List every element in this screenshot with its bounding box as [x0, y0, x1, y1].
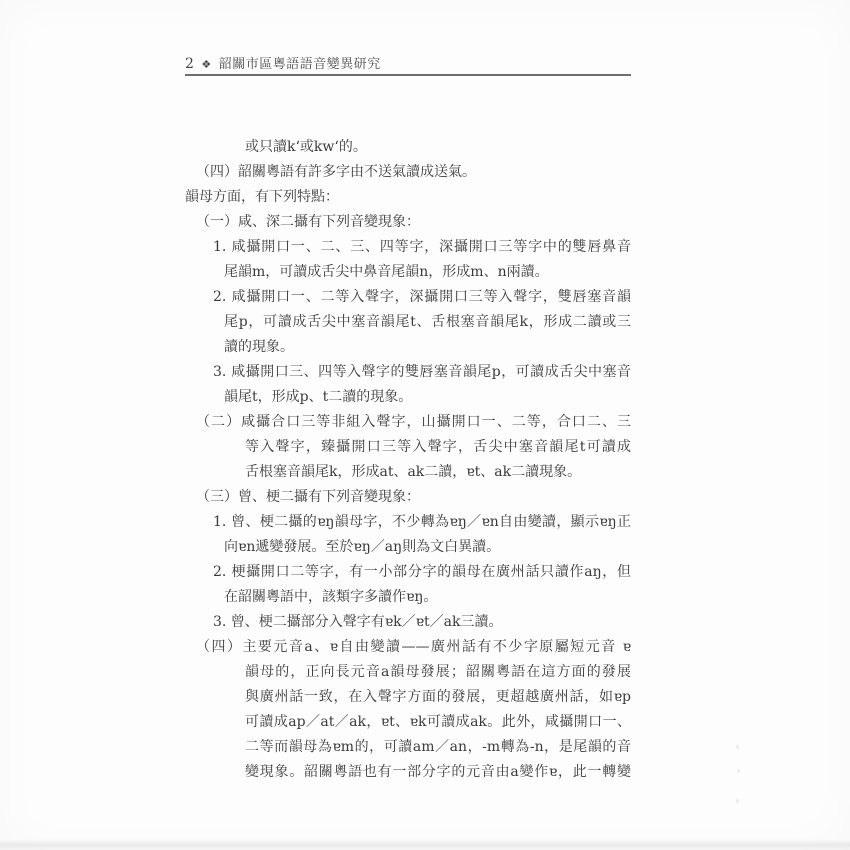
text-line: （四）主要元音a、ɐ自由變讀——廣州話有不少字原屬短元音 ɐ: [196, 635, 631, 660]
text-line: 二等而韻母為ɐm的，可讀am／an，-m轉為-n，是尾韻的音: [245, 735, 631, 760]
scan-speck: [737, 769, 740, 773]
text-line: （一）咸、深二攝有下列音變現象：: [196, 210, 631, 235]
text-line: 變現象。韶關粵語也有一部分字的元音由a變作ɐ，此一轉變: [245, 760, 631, 785]
text-line: （四）韶關粵語有許多字由不送氣讀成送氣。: [196, 160, 631, 185]
text-line: 2. 梗攝開口二等字，有一小部分字的韻母在廣州話只讀作aŋ，但: [213, 560, 631, 585]
text-line: 等入聲字，臻攝開口三等入聲字，舌尖中塞音韻尾t可讀成: [245, 435, 631, 460]
four-diamond-ornament-icon: ❖: [201, 58, 211, 71]
text-line: 韻母的，正向長元音a韻母發展；韶關粵語在這方面的發展: [245, 660, 631, 685]
text-line: 或只讀k‘或kw‘的。: [245, 135, 631, 160]
text-line: 向ɐn遞變發展。至於ɐŋ／aŋ則為文白異讀。: [224, 535, 631, 560]
text-line: 與廣州話一致，在入聲字方面的發展，更超越廣州話，如ɐp: [245, 685, 631, 710]
text-line: 韻母方面，有下列特點：: [185, 185, 631, 210]
text-line: （三）曾、梗二攝有下列音變現象：: [196, 485, 631, 510]
text-line: 1. 曾、梗二攝的ɐŋ韻母字，不少轉為ɐŋ／ɐn自由變讀，顯示ɐŋ正: [213, 510, 631, 535]
text-line: 尾p，可讀成舌尖中塞音韻尾t、舌根塞音韻尾k，形成二讀或三: [224, 310, 631, 335]
text-line: 韻尾t，形成p、t二讀的現象。: [224, 385, 631, 410]
scan-speck: [736, 799, 739, 803]
text-line: 3. 曾、梗二攝部分入聲字有ɐk／ɐt／ak三讀。: [213, 610, 631, 635]
text-line: 3. 咸攝開口三、四等入聲字的雙唇塞音韻尾p，可讀成舌尖中塞音: [213, 360, 631, 385]
text-line: 讀的現象。: [224, 335, 631, 360]
body-text-block: 或只讀k‘或kw‘的。（四）韶關粵語有許多字由不送氣讀成送氣。韻母方面，有下列特…: [185, 135, 631, 785]
text-line: 在韶關粵語中，該類字多讀作ɐŋ。: [224, 585, 631, 610]
text-line: 可讀成ap／at／ak，ɐt、ɐk可讀成ak。此外，咸攝開口一、: [245, 710, 631, 735]
scan-page-bottom-edge: [0, 839, 850, 850]
text-line: 舌根塞音韻尾k，形成at、ak二讀，ɐt、ak二讀現象。: [245, 460, 631, 485]
text-line: 1. 咸攝開口一、二、三、四等字，深攝開口三等字中的雙唇鼻音: [213, 235, 631, 260]
header-rule: [185, 74, 631, 76]
text-line: 尾韻m，可讀成舌尖中鼻音尾韻n，形成m、n兩讀。: [224, 260, 631, 285]
running-head: 2❖韶關市區粵語語音變異研究: [185, 53, 632, 72]
running-head-title: 韶關市區粵語語音變異研究: [219, 57, 381, 72]
scanned-book-page: 2❖韶關市區粵語語音變異研究 或只讀k‘或kw‘的。（四）韶關粵語有許多字由不送…: [0, 0, 850, 850]
scan-speck: [736, 745, 739, 749]
text-line: 2. 咸攝開口一、二等入聲字，深攝開口三等入聲字，雙唇塞音韻: [213, 285, 631, 310]
text-line: （二）咸攝合口三等非組入聲字，山攝開口一、二等，合口二、三: [196, 410, 631, 435]
page-number: 2: [185, 56, 194, 72]
